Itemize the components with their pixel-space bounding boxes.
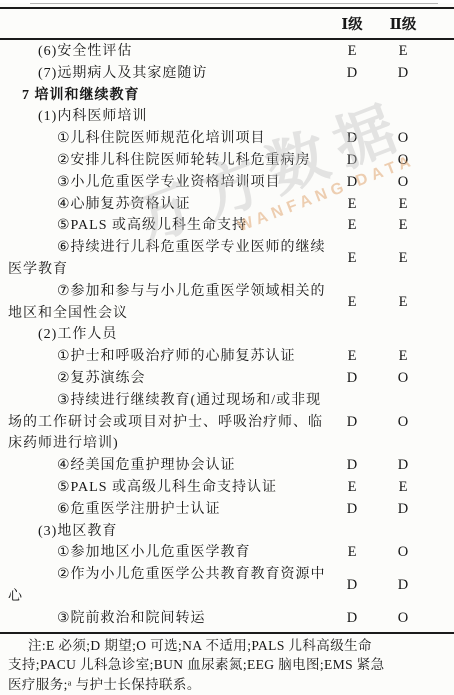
table-row: (2)工作人员: [0, 324, 454, 346]
level1-value: E: [330, 41, 374, 63]
column-header-level1: Ⅰ级: [330, 13, 374, 34]
table-row: (1)内科医师培训: [0, 106, 454, 128]
table-row: (6)安全性评估 E E: [0, 41, 454, 63]
level1-value: E: [330, 542, 374, 564]
level2-value: E: [374, 477, 432, 499]
row-label: (1)内科医师培训: [8, 106, 330, 128]
level2-value: O: [374, 150, 432, 172]
table-row: (7)远期病人及其家庭随访 D D: [0, 63, 454, 85]
column-header-level2: Ⅱ级: [374, 13, 432, 34]
row-label: (3)地区教育: [8, 521, 330, 543]
level2-value: O: [374, 412, 432, 434]
level2-value: O: [374, 128, 432, 150]
table-row: ①参加地区小儿危重医学教育 E O: [0, 542, 454, 564]
row-label: ③小儿危重医学专业资格培训项目: [8, 172, 330, 194]
table-body: (6)安全性评估 E E (7)远期病人及其家庭随访 D D 7 培训和继续教育…: [0, 40, 454, 634]
row-label: ⑥危重医学注册护士认证: [8, 499, 330, 521]
footnote-line: 支持;PACU 儿科急诊室;BUN 血尿素氮;EEG 脑电图;EMS 紧急: [8, 655, 446, 675]
row-label: ①儿科住院医师规范化培训项目: [8, 128, 330, 150]
row-label: ③院前救治和院间转运: [8, 608, 330, 630]
table-row: ①护士和呼吸治疗师的心肺复苏认证 E E: [0, 346, 454, 368]
level1-value: E: [330, 194, 374, 216]
level2-value: E: [374, 194, 432, 216]
table-row: ⑥持续进行儿科危重医学专业医师的继续医学教育 E E: [0, 237, 454, 281]
level2-value: E: [374, 346, 432, 368]
row-label: ④经美国危重护理协会认证: [8, 455, 330, 477]
table-row: ③小儿危重医学专业资格培训项目 D O: [0, 172, 454, 194]
row-label: (2)工作人员: [8, 324, 330, 346]
level1-value: D: [330, 455, 374, 477]
row-label: ⑤PALS 或高级儿科生命支持认证: [8, 477, 330, 499]
level2-value: O: [374, 608, 432, 630]
table-row: ①儿科住院医师规范化培训项目 D O: [0, 128, 454, 150]
row-label: ①护士和呼吸治疗师的心肺复苏认证: [8, 346, 330, 368]
level2-value: D: [374, 575, 432, 597]
level1-value: D: [330, 575, 374, 597]
level1-value: D: [330, 499, 374, 521]
level1-value: E: [330, 292, 374, 314]
table-row: ③持续进行继续教育(通过现场和/或非现场的工作研讨会或项目对护士、呼吸治疗师、临…: [0, 390, 454, 455]
level2-value: O: [374, 368, 432, 390]
row-label: ①参加地区小儿危重医学教育: [8, 542, 330, 564]
level1-value: D: [330, 150, 374, 172]
table-row: ⑤PALS 或高级儿科生命支持 E E: [0, 215, 454, 237]
level1-value: E: [330, 346, 374, 368]
table-row: ④经美国危重护理协会认证 D D: [0, 455, 454, 477]
scan-artifact-line: [30, 3, 438, 4]
table-header-row: Ⅰ级 Ⅱ级: [0, 7, 454, 40]
row-label: ⑤PALS 或高级儿科生命支持: [8, 215, 330, 237]
level1-value: D: [330, 368, 374, 390]
row-label: ③持续进行继续教育(通过现场和/或非现场的工作研讨会或项目对护士、呼吸治疗师、临…: [8, 390, 330, 455]
level2-value: D: [374, 499, 432, 521]
level1-value: E: [330, 477, 374, 499]
footnote: 注:E 必须;D 期望;O 可选;NA 不适用;PALS 儿科高级生命 支持;P…: [0, 636, 454, 695]
row-label: ⑦参加和参与与小儿危重医学领域相关的地区和全国性会议: [8, 281, 330, 325]
table-row: ②复苏演练会 D O: [0, 368, 454, 390]
level1-value: E: [330, 248, 374, 270]
table-row: ③院前救治和院间转运 D O: [0, 608, 454, 630]
level2-value: E: [374, 248, 432, 270]
table-row: ④心肺复苏资格认证 E E: [0, 194, 454, 216]
scanned-table-page: Ⅰ级 Ⅱ级 (6)安全性评估 E E (7)远期病人及其家庭随访 D D 7 培…: [0, 3, 454, 695]
table-row: ②作为小儿危重医学公共教育教育资源中心 D D: [0, 564, 454, 608]
row-label: ②复苏演练会: [8, 368, 330, 390]
footnote-line: 注:E 必须;D 期望;O 可选;NA 不适用;PALS 儿科高级生命: [8, 636, 446, 656]
level1-value: D: [330, 412, 374, 434]
table-row: ⑤PALS 或高级儿科生命支持认证 E E: [0, 477, 454, 499]
level2-value: O: [374, 542, 432, 564]
table-row: 7 培训和继续教育: [0, 85, 454, 107]
row-label: (6)安全性评估: [8, 41, 330, 63]
level1-value: E: [330, 215, 374, 237]
level1-value: D: [330, 172, 374, 194]
level2-value: O: [374, 172, 432, 194]
row-label: 7 培训和继续教育: [8, 85, 330, 107]
level2-value: E: [374, 41, 432, 63]
table-row: ⑦参加和参与与小儿危重医学领域相关的地区和全国性会议 E E: [0, 281, 454, 325]
table-row: ②安排儿科住院医师轮转儿科危重病房 D O: [0, 150, 454, 172]
level2-value: D: [374, 455, 432, 477]
row-label: (7)远期病人及其家庭随访: [8, 63, 330, 85]
level2-value: E: [374, 292, 432, 314]
level2-value: E: [374, 215, 432, 237]
row-label: ②安排儿科住院医师轮转儿科危重病房: [8, 150, 330, 172]
level2-value: D: [374, 63, 432, 85]
row-label: ⑥持续进行儿科危重医学专业医师的继续医学教育: [8, 237, 330, 281]
row-label: ②作为小儿危重医学公共教育教育资源中心: [8, 564, 330, 608]
footnote-line: 医疗服务;ᵃ 与护士长保持联系。: [8, 675, 446, 695]
table-row: ⑥危重医学注册护士认证 D D: [0, 499, 454, 521]
level1-value: D: [330, 63, 374, 85]
table-row: (3)地区教育: [0, 521, 454, 543]
level1-value: D: [330, 128, 374, 150]
row-label: ④心肺复苏资格认证: [8, 194, 330, 216]
level1-value: D: [330, 608, 374, 630]
